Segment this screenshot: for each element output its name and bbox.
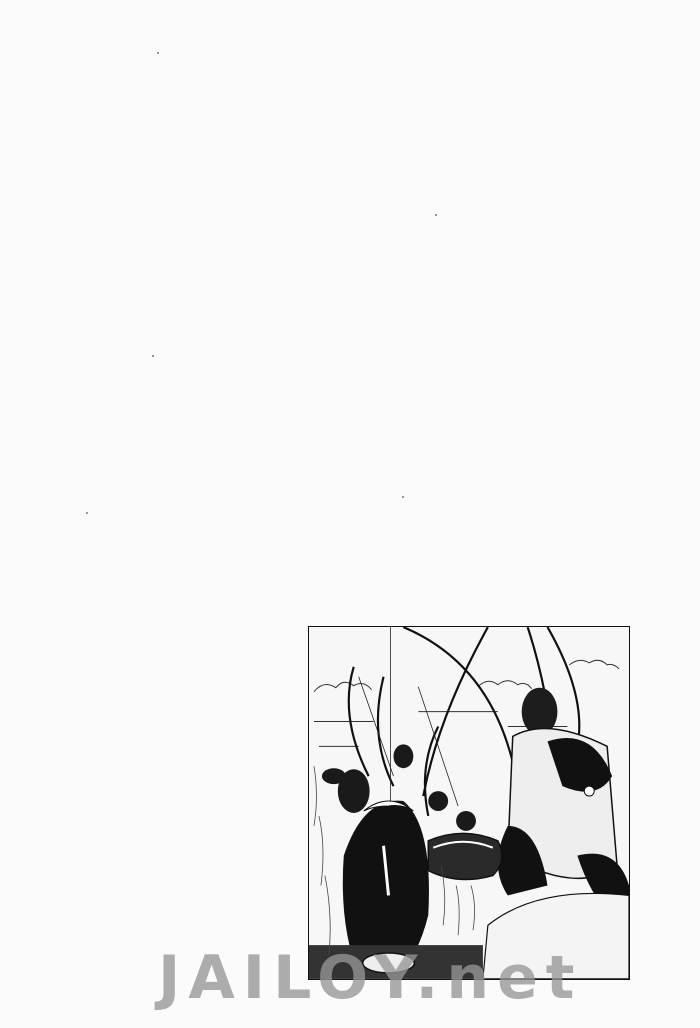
paper-speck	[86, 512, 88, 514]
paper-speck	[435, 214, 437, 216]
paper-speck	[157, 52, 159, 54]
watermark: JAILOY.net	[158, 948, 558, 1008]
manga-panel	[308, 626, 630, 980]
paper-speck	[402, 496, 404, 498]
paper-speck	[152, 355, 154, 357]
manga-illustration	[309, 627, 629, 979]
